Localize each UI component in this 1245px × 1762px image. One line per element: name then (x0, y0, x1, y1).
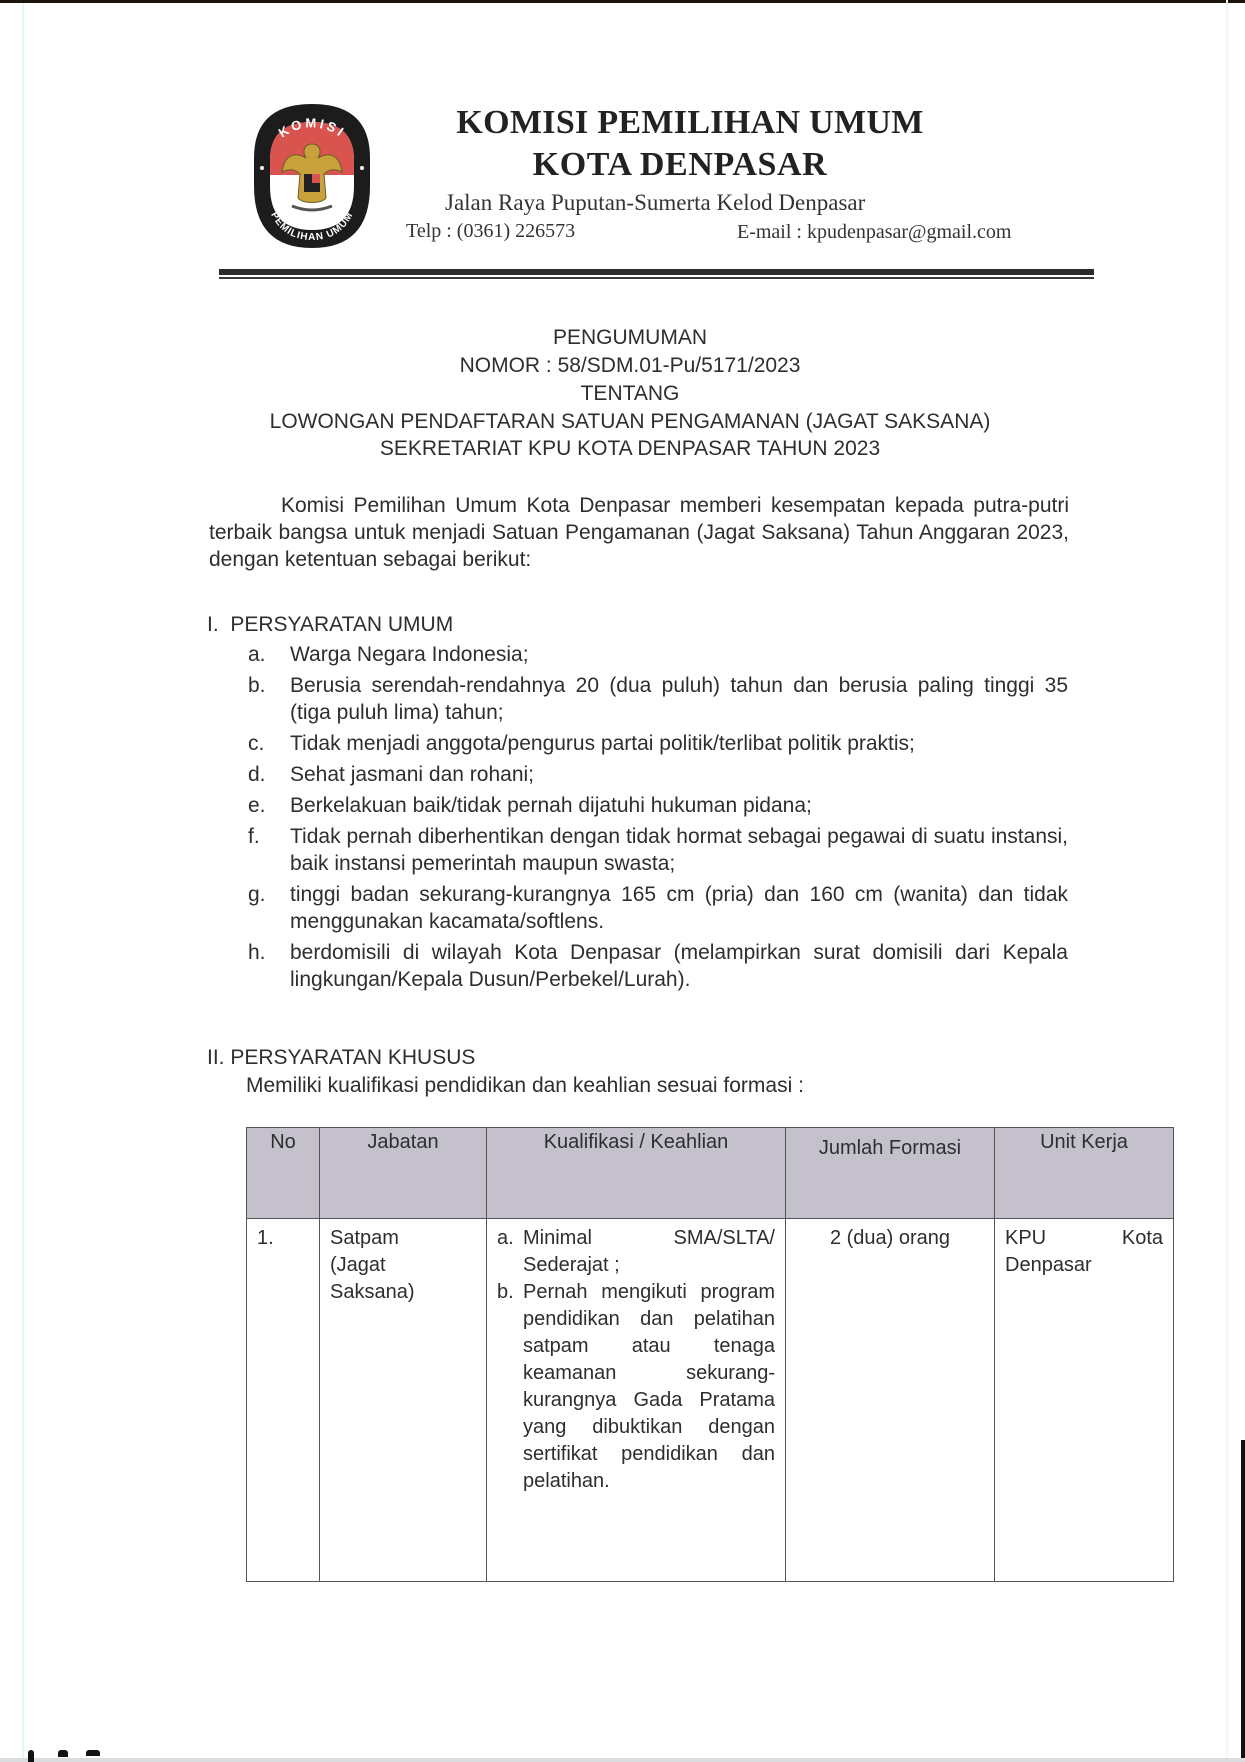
jumlah-text: 2 (dua) orang (830, 1227, 950, 1249)
scan-line-right (1226, 0, 1228, 1762)
cell-jumlah: 2 (dua) orang (786, 1219, 995, 1582)
formation-table: No Jabatan Kualifikasi / Keahlian Jumlah… (246, 1127, 1174, 1582)
table-row: 1. Satpam (Jagat Saksana) a.Minimal SMA/… (247, 1219, 1174, 1582)
requirement-marker: c. (248, 730, 264, 757)
intro-paragraph: Komisi Pemilihan Umum Kota Denpasar memb… (209, 492, 1069, 573)
requirement-marker: d. (248, 761, 266, 788)
jabatan-text: Satpam (Jagat Saksana) (330, 1227, 415, 1303)
requirement-marker: f. (248, 823, 260, 850)
org-email: E-mail : kpudenpasar@gmail.com (737, 221, 1011, 244)
requirement-item: c.Tidak menjadi anggota/pengurus partai … (248, 730, 1068, 757)
qualification-item: a.Minimal SMA/SLTA/ Sederajat ; (497, 1225, 775, 1279)
requirement-marker: h. (248, 939, 266, 966)
scan-border-top (0, 0, 1245, 3)
qualification-marker: a. (497, 1225, 514, 1252)
col-header-jabatan: Jabatan (320, 1128, 487, 1219)
org-city: KOTA DENPASAR (350, 146, 1010, 184)
cell-no: 1. (247, 1219, 320, 1582)
org-name: KOMISI PEMILIHAN UMUM (360, 104, 1020, 142)
letterhead-divider (219, 269, 1094, 275)
qualification-item: b.Pernah mengikuti program pendidikan da… (497, 1279, 775, 1495)
section-2-intro: Memiliki kualifikasi pendidikan dan keah… (246, 1074, 804, 1098)
doc-subject-line-1: LOWONGAN PENDAFTARAN SATUAN PENGAMANAN (… (150, 410, 1110, 434)
requirement-marker: b. (248, 672, 266, 699)
requirement-item: g.tinggi badan sekurang-kurangnya 165 cm… (248, 881, 1068, 935)
requirement-text: Sehat jasmani dan rohani; (290, 763, 534, 786)
intro-text: Komisi Pemilihan Umum Kota Denpasar memb… (209, 494, 1069, 571)
requirement-marker: e. (248, 792, 266, 819)
scan-edge-right (1241, 1440, 1245, 1762)
org-address: Jalan Raya Puputan-Sumerta Kelod Denpasa… (445, 190, 865, 216)
scan-border-bottom (0, 1758, 1245, 1762)
cell-kualifikasi: a.Minimal SMA/SLTA/ Sederajat ;b.Pernah … (487, 1219, 786, 1582)
general-requirements-list: a.Warga Negara Indonesia;b.Berusia seren… (248, 641, 1068, 997)
col-header-unit: Unit Kerja (995, 1128, 1174, 1219)
requirement-text: berdomisili di wilayah Kota Denpasar (me… (290, 941, 1068, 991)
doc-about: TENTANG (180, 382, 1080, 406)
doc-subject-line-2: SEKRETARIAT KPU KOTA DENPASAR TAHUN 2023 (180, 437, 1080, 461)
org-phone: Telp : (0361) 226573 (406, 220, 575, 243)
col-header-kualifikasi: Kualifikasi / Keahlian (487, 1128, 786, 1219)
col-header-jumlah: Jumlah Formasi (786, 1128, 995, 1219)
letterhead-divider-thin (219, 277, 1094, 279)
requirement-marker: a. (248, 641, 266, 668)
requirement-marker: g. (248, 881, 266, 908)
unit-text: KPU Kota Denpasar (1005, 1225, 1163, 1279)
requirement-text: Berkelakuan baik/tidak pernah dijatuhi h… (290, 794, 812, 817)
requirement-text: Berusia serendah-rendahnya 20 (dua puluh… (290, 674, 1068, 724)
scan-speck (86, 1750, 100, 1756)
table-header-row: No Jabatan Kualifikasi / Keahlian Jumlah… (247, 1128, 1174, 1219)
requirement-item: b.Berusia serendah-rendahnya 20 (dua pul… (248, 672, 1068, 726)
qualification-text: Minimal SMA/SLTA/ Sederajat ; (523, 1227, 775, 1276)
requirement-text: tinggi badan sekurang-kurangnya 165 cm (… (290, 883, 1068, 933)
cell-unit: KPU Kota Denpasar (995, 1219, 1174, 1582)
requirement-text: Tidak menjadi anggota/pengurus partai po… (290, 732, 915, 755)
qualification-marker: b. (497, 1279, 514, 1306)
qualification-list: a.Minimal SMA/SLTA/ Sederajat ;b.Pernah … (497, 1225, 775, 1495)
requirement-item: d.Sehat jasmani dan rohani; (248, 761, 1068, 788)
doc-number: NOMOR : 58/SDM.01-Pu/5171/2023 (180, 354, 1080, 378)
cell-jabatan: Satpam (Jagat Saksana) (320, 1219, 487, 1582)
scan-line-left (22, 3, 24, 1758)
requirement-item: e.Berkelakuan baik/tidak pernah dijatuhi… (248, 792, 1068, 819)
requirement-item: a.Warga Negara Indonesia; (248, 641, 1068, 668)
requirement-item: f.Tidak pernah diberhentikan dengan tida… (248, 823, 1068, 877)
scan-speck (28, 1750, 34, 1762)
requirement-text: Warga Negara Indonesia; (290, 643, 529, 666)
section-2-title: II. PERSYARATAN KHUSUS (207, 1046, 475, 1070)
col-header-no: No (247, 1128, 320, 1219)
doc-type: PENGUMUMAN (180, 326, 1080, 350)
scan-speck (58, 1750, 68, 1757)
requirement-item: h.berdomisili di wilayah Kota Denpasar (… (248, 939, 1068, 993)
qualification-text: Pernah mengikuti program pendidikan dan … (523, 1281, 775, 1492)
section-1-title: I. PERSYARATAN UMUM (207, 613, 453, 637)
requirement-text: Tidak pernah diberhentikan dengan tidak … (290, 825, 1068, 875)
